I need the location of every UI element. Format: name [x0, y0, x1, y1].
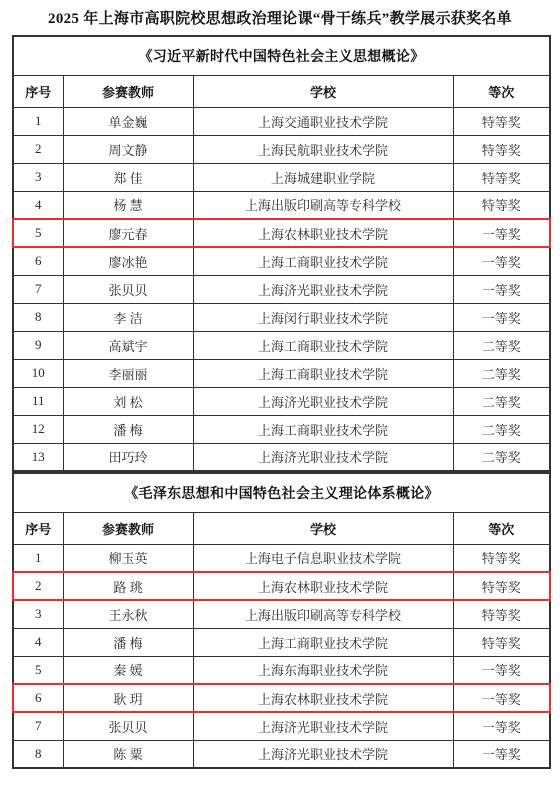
cell-award: 一等奖 — [453, 684, 550, 712]
cell-school: 上海工商职业技术学院 — [193, 628, 453, 656]
table-row-highlighted: 2路 珧上海农林职业技术学院特等奖 — [13, 572, 550, 600]
cell-no: 2 — [13, 572, 63, 600]
cell-school: 上海济光职业技术学院 — [193, 712, 453, 740]
cell-teacher: 潘 梅 — [63, 415, 193, 443]
table-header-row: 序号参赛教师学校等次 — [13, 512, 550, 544]
cell-award: 特等奖 — [453, 544, 550, 572]
cell-no: 13 — [13, 443, 63, 471]
table-header-row: 序号参赛教师学校等次 — [13, 75, 550, 107]
cell-no: 10 — [13, 359, 63, 387]
cell-award: 二等奖 — [453, 387, 550, 415]
cell-no: 8 — [13, 303, 63, 331]
cell-award: 二等奖 — [453, 443, 550, 471]
column-header-teacher: 参赛教师 — [63, 75, 193, 107]
table-row-highlighted: 5廖元春上海农林职业技术学院一等奖 — [13, 219, 550, 247]
cell-no: 6 — [13, 247, 63, 275]
cell-school: 上海东海职业技术学院 — [193, 656, 453, 684]
cell-teacher: 张贝贝 — [63, 275, 193, 303]
cell-no: 5 — [13, 656, 63, 684]
table-row-highlighted: 6耿 玥上海农林职业技术学院一等奖 — [13, 684, 550, 712]
cell-school: 上海农林职业技术学院 — [193, 684, 453, 712]
cell-award: 二等奖 — [453, 415, 550, 443]
cell-no: 8 — [13, 740, 63, 768]
cell-teacher: 路 珧 — [63, 572, 193, 600]
cell-school: 上海工商职业技术学院 — [193, 247, 453, 275]
cell-school: 上海交通职业技术学院 — [193, 107, 453, 135]
column-header-award: 等次 — [453, 75, 550, 107]
column-header-school: 学校 — [193, 512, 453, 544]
cell-teacher: 郑 佳 — [63, 163, 193, 191]
cell-award: 特等奖 — [453, 572, 550, 600]
cell-school: 上海电子信息职业技术学院 — [193, 544, 453, 572]
cell-no: 4 — [13, 628, 63, 656]
cell-teacher: 高斌宇 — [63, 331, 193, 359]
table-row: 5秦 媛上海东海职业技术学院一等奖 — [13, 656, 550, 684]
table-row: 7张贝贝上海济光职业技术学院一等奖 — [13, 712, 550, 740]
cell-teacher: 李 洁 — [63, 303, 193, 331]
cell-no: 3 — [13, 163, 63, 191]
cell-no: 2 — [13, 135, 63, 163]
cell-award: 特等奖 — [453, 135, 550, 163]
cell-teacher: 潘 梅 — [63, 628, 193, 656]
cell-teacher: 李丽丽 — [63, 359, 193, 387]
column-header-no: 序号 — [13, 512, 63, 544]
cell-no: 7 — [13, 275, 63, 303]
cell-award: 特等奖 — [453, 191, 550, 219]
cell-no: 12 — [13, 415, 63, 443]
section-title-row: 《毛泽东思想和中国特色社会主义理论体系概论》 — [13, 473, 550, 512]
table-row: 1单金巍上海交通职业技术学院特等奖 — [13, 107, 550, 135]
cell-award: 一等奖 — [453, 712, 550, 740]
cell-award: 二等奖 — [453, 331, 550, 359]
table-row: 8陈 粟上海济光职业技术学院一等奖 — [13, 740, 550, 768]
cell-teacher: 单金巍 — [63, 107, 193, 135]
table-row: 9高斌宇上海工商职业技术学院二等奖 — [13, 331, 550, 359]
cell-school: 上海工商职业技术学院 — [193, 331, 453, 359]
cell-school: 上海济光职业技术学院 — [193, 275, 453, 303]
cell-teacher: 张贝贝 — [63, 712, 193, 740]
table-row: 6廖冰艳上海工商职业技术学院一等奖 — [13, 247, 550, 275]
cell-teacher: 陈 粟 — [63, 740, 193, 768]
table-row: 7张贝贝上海济光职业技术学院一等奖 — [13, 275, 550, 303]
document-page: 2025 年上海市高职院校思想政治理论课“骨干练兵”教学展示获奖名单 《习近平新… — [0, 0, 560, 786]
cell-award: 特等奖 — [453, 600, 550, 628]
cell-school: 上海出版印刷高等专科学校 — [193, 600, 453, 628]
cell-teacher: 廖元春 — [63, 219, 193, 247]
table-row: 4潘 梅上海工商职业技术学院特等奖 — [13, 628, 550, 656]
column-header-teacher: 参赛教师 — [63, 512, 193, 544]
table-row: 12潘 梅上海工商职业技术学院二等奖 — [13, 415, 550, 443]
cell-school: 上海出版印刷高等专科学校 — [193, 191, 453, 219]
cell-teacher: 柳玉英 — [63, 544, 193, 572]
cell-teacher: 秦 媛 — [63, 656, 193, 684]
cell-no: 7 — [13, 712, 63, 740]
cell-school: 上海济光职业技术学院 — [193, 740, 453, 768]
cell-teacher: 耿 玥 — [63, 684, 193, 712]
cell-school: 上海济光职业技术学院 — [193, 443, 453, 471]
table-row: 3郑 佳上海城建职业学院特等奖 — [13, 163, 550, 191]
section-title: 《毛泽东思想和中国特色社会主义理论体系概论》 — [13, 473, 550, 512]
award-table: 《习近平新时代中国特色社会主义思想概论》序号参赛教师学校等次1单金巍上海交通职业… — [12, 35, 551, 472]
section-title: 《习近平新时代中国特色社会主义思想概论》 — [13, 36, 550, 75]
cell-award: 一等奖 — [453, 275, 550, 303]
cell-teacher: 杨 慧 — [63, 191, 193, 219]
cell-no: 11 — [13, 387, 63, 415]
cell-school: 上海济光职业技术学院 — [193, 387, 453, 415]
cell-school: 上海闵行职业技术学院 — [193, 303, 453, 331]
cell-school: 上海工商职业技术学院 — [193, 415, 453, 443]
cell-award: 一等奖 — [453, 219, 550, 247]
cell-award: 一等奖 — [453, 247, 550, 275]
cell-school: 上海民航职业技术学院 — [193, 135, 453, 163]
cell-no: 9 — [13, 331, 63, 359]
table-row: 10李丽丽上海工商职业技术学院二等奖 — [13, 359, 550, 387]
cell-award: 一等奖 — [453, 656, 550, 684]
cell-award: 一等奖 — [453, 303, 550, 331]
table-row: 4杨 慧上海出版印刷高等专科学校特等奖 — [13, 191, 550, 219]
cell-school: 上海城建职业学院 — [193, 163, 453, 191]
table-row: 3王永秋上海出版印刷高等专科学校特等奖 — [13, 600, 550, 628]
cell-school: 上海工商职业技术学院 — [193, 359, 453, 387]
table-row: 2周文静上海民航职业技术学院特等奖 — [13, 135, 550, 163]
column-header-award: 等次 — [453, 512, 550, 544]
cell-award: 特等奖 — [453, 107, 550, 135]
tables-container: 《习近平新时代中国特色社会主义思想概论》序号参赛教师学校等次1单金巍上海交通职业… — [0, 35, 560, 769]
cell-no: 3 — [13, 600, 63, 628]
section-title-row: 《习近平新时代中国特色社会主义思想概论》 — [13, 36, 550, 75]
cell-teacher: 周文静 — [63, 135, 193, 163]
cell-school: 上海农林职业技术学院 — [193, 572, 453, 600]
cell-school: 上海农林职业技术学院 — [193, 219, 453, 247]
cell-award: 特等奖 — [453, 163, 550, 191]
table-row: 8李 洁上海闵行职业技术学院一等奖 — [13, 303, 550, 331]
table-row: 13田巧玲上海济光职业技术学院二等奖 — [13, 443, 550, 471]
cell-teacher: 刘 松 — [63, 387, 193, 415]
award-table: 《毛泽东思想和中国特色社会主义理论体系概论》序号参赛教师学校等次1柳玉英上海电子… — [12, 472, 551, 769]
page-title: 2025 年上海市高职院校思想政治理论课“骨干练兵”教学展示获奖名单 — [0, 0, 560, 28]
cell-no: 1 — [13, 107, 63, 135]
table-row: 1柳玉英上海电子信息职业技术学院特等奖 — [13, 544, 550, 572]
cell-no: 4 — [13, 191, 63, 219]
cell-award: 二等奖 — [453, 359, 550, 387]
cell-teacher: 廖冰艳 — [63, 247, 193, 275]
cell-no: 5 — [13, 219, 63, 247]
cell-no: 1 — [13, 544, 63, 572]
table-row: 11刘 松上海济光职业技术学院二等奖 — [13, 387, 550, 415]
cell-teacher: 田巧玲 — [63, 443, 193, 471]
cell-no: 6 — [13, 684, 63, 712]
cell-award: 特等奖 — [453, 628, 550, 656]
cell-award: 一等奖 — [453, 740, 550, 768]
column-header-school: 学校 — [193, 75, 453, 107]
cell-teacher: 王永秋 — [63, 600, 193, 628]
column-header-no: 序号 — [13, 75, 63, 107]
